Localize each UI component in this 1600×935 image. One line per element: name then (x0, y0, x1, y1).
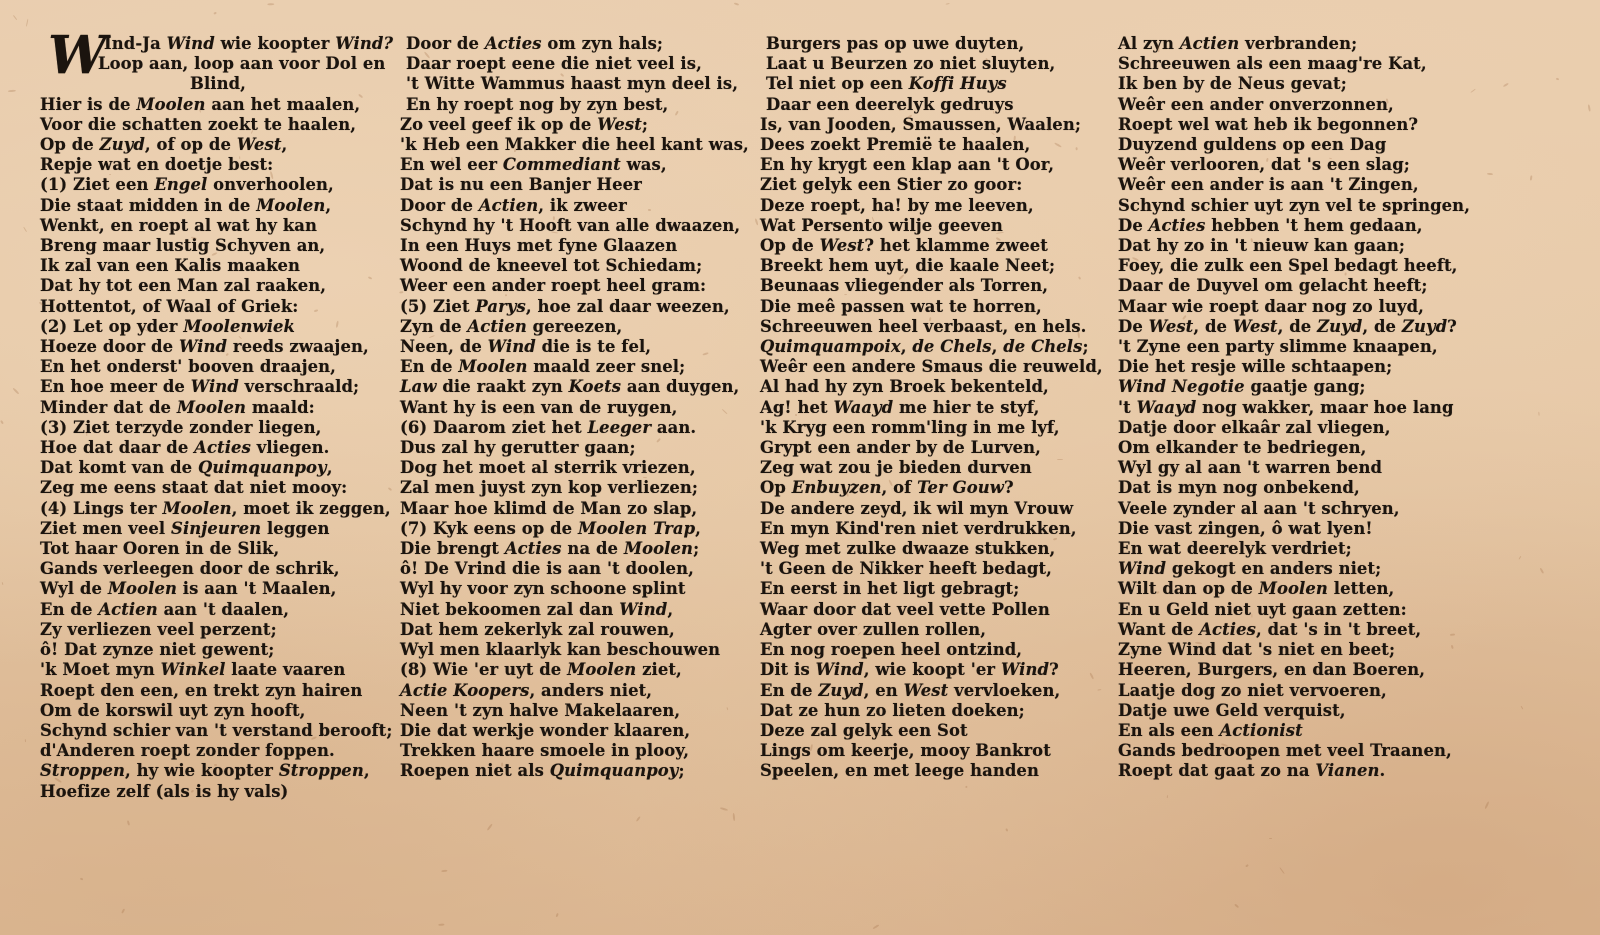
line-text: Op de (40, 135, 100, 154)
line-text: Laat u Beurzen zo niet sluyten, (766, 54, 1055, 73)
line-text: Laatje dog zo niet vervoeren, (1118, 681, 1387, 700)
italic-word: Moolen (256, 196, 325, 215)
poem-line: Duyzend guldens op een Dag (1118, 135, 1478, 155)
italic-word: de Chels (1003, 337, 1082, 356)
italic-word: Actien (1180, 34, 1239, 53)
line-text: gaatje gang; (1245, 377, 1366, 396)
poem-line: Dit is Wind, wie koopt 'er Wind? (760, 660, 1110, 680)
poem-line: Tel niet op een Koffi Huys (760, 74, 1110, 94)
line-text: na de (562, 539, 624, 558)
poem-line: Neen 't zyn halve Makelaaren, (400, 701, 750, 721)
poem-line: Dat hy zo in 't nieuw kan gaan; (1118, 236, 1478, 256)
line-text: , (901, 337, 913, 356)
line-text: , (695, 519, 701, 538)
poem-line: Burgers pas op uwe duyten, (760, 34, 1110, 54)
line-text: vervloeken, (948, 681, 1060, 700)
line-text: Wenkt, en roept al wat hy kan (40, 216, 317, 235)
poem-line: Laat u Beurzen zo niet sluyten, (760, 54, 1110, 74)
line-text: Dat ze hun zo lieten doeken; (760, 701, 1025, 720)
line-text: Is, van Jooden, Smaussen, Waalen; (760, 115, 1081, 134)
line-text: Daar een deerelyk gedruys (766, 95, 1014, 114)
line-text: En het onderst' booven draajen, (40, 357, 336, 376)
paper-fiber (1233, 904, 1239, 909)
poem-line: 'k Kryg een romm'ling in me lyf, (760, 418, 1110, 438)
poem-line: Schynd hy 't Hooft van alle dwaazen, (400, 216, 750, 236)
poem-line: Roept wel wat heb ik begonnen? (1118, 115, 1478, 135)
poem-line: Hier is de Moolen aan het maalen, (40, 95, 390, 115)
poem-line: Al zyn Actien verbranden; (1118, 34, 1478, 54)
line-text: Zeg wat zou je bieden durven (760, 458, 1032, 477)
poem-line: Weêr een andere Smaus die reuweld, (760, 357, 1110, 377)
poem-line: Tot haar Ooren in de Slik, (40, 539, 390, 559)
poem-line: Maar wie roept daar nog zo luyd, (1118, 297, 1478, 317)
paper-fiber (1005, 828, 1008, 832)
poem-line: Wyl gy al aan 't warren bend (1118, 458, 1478, 478)
line-text: ; (1082, 337, 1088, 356)
line-text: Hottentot, of Waal of Griek: (40, 297, 298, 316)
line-text: 'k Moet myn (40, 660, 161, 679)
line-text: Wat Persento wilje geeven (760, 216, 1003, 235)
poem-line: Wyl de Moolen is aan 't Maalen, (40, 579, 390, 599)
poem-line: Grypt een ander by de Lurven, (760, 438, 1110, 458)
line-text: En u Geld niet uyt gaan zetten: (1118, 600, 1407, 619)
italic-word: Zuyd (1317, 317, 1362, 336)
poem-line: Deze roept, ha! by me leeven, (760, 196, 1110, 216)
line-text: ? (1004, 478, 1014, 497)
line-text: reeds zwaajen, (227, 337, 369, 356)
italic-word: West (597, 115, 642, 134)
line-text: Wyl de (40, 579, 108, 598)
paper-fiber (1246, 864, 1249, 867)
poem-line: (3) Ziet terzyde zonder liegen, (40, 418, 390, 438)
line-text: , (667, 600, 673, 619)
line-text: Lings om keerje, mooy Bankrot (760, 741, 1051, 760)
line-text: 't Witte Wammus haast myn deel is, (406, 74, 738, 93)
line-text: Datje uwe Geld verquist, (1118, 701, 1346, 720)
poem-line: Die dat werkje wonder klaaren, (400, 721, 750, 741)
poem-line: Wat Persento wilje geeven (760, 216, 1110, 236)
line-text: En myn Kind'ren niet verdrukken, (760, 519, 1077, 538)
line-text: Al had hy zyn Broek bekenteld, (760, 377, 1049, 396)
poem-line: Foey, die zulk een Spel bedagt heeft, (1118, 256, 1478, 276)
italic-word: de Chels (912, 337, 991, 356)
poem-line: Maar hoe klimd de Man zo slap, (400, 499, 750, 519)
poem-line: Schreeuwen heel verbaast, en hels. (760, 317, 1110, 337)
poem-line: Agter over zullen rollen, (760, 620, 1110, 640)
line-text: Duyzend guldens op een Dag (1118, 135, 1386, 154)
line-text: (1) Ziet een (40, 175, 154, 194)
line-text: ô! De Vrind die is aan 't doolen, (400, 559, 694, 578)
line-text: gereezen, (527, 317, 622, 336)
poem-line: 't Witte Wammus haast myn deel is, (400, 74, 750, 94)
poem-line: Die het resje wille schtaapen; (1118, 357, 1478, 377)
poem-line: Om elkander te bedriegen, (1118, 438, 1478, 458)
poem-line: En nog roepen heel ontzind, (760, 640, 1110, 660)
poem-line: Deze zal gelyk een Sot (760, 721, 1110, 741)
line-text: Loop aan, loop aan voor Dol en (98, 54, 385, 73)
italic-word: Moolen (177, 398, 246, 417)
line-text: aan 't daalen, (158, 600, 289, 619)
line-text: die raakt zyn (437, 377, 569, 396)
line-text: Die brengt (400, 539, 505, 558)
drop-cap: W (48, 30, 107, 82)
line-text: 'k Heb een Makker die heel kant was, (400, 135, 749, 154)
paper-fiber (267, 3, 274, 5)
poem-line: Quimquampoix, de Chels, de Chels; (760, 337, 1110, 357)
line-text: Schynd schier uyt zyn vel te springen, (1118, 196, 1470, 215)
poem-line: Zeg wat zou je bieden durven (760, 458, 1110, 478)
line-text: Door de (400, 196, 479, 215)
paper-fiber (945, 3, 949, 5)
line-text: Daar de Duyvel om gelacht heeft; (1118, 276, 1427, 295)
line-text: Zy verliezen veel perzent; (40, 620, 277, 639)
line-text: En hoe meer de (40, 377, 191, 396)
poem-line: Daar een deerelyk gedruys (760, 95, 1110, 115)
italic-word: Winkel (161, 660, 226, 679)
poem-line: Zal men juyst zyn kop verliezen; (400, 478, 750, 498)
paper-fiber (13, 387, 20, 394)
line-text: Ik zal van een Kalis maaken (40, 256, 300, 275)
italic-word: Zuyd (100, 135, 145, 154)
paper-fiber (501, 762, 503, 767)
paper-fiber (22, 227, 26, 233)
poem-line: Door de Actien, ik zweer (400, 196, 750, 216)
line-text: , en (864, 681, 904, 700)
line-text: Dat is myn nog onbekend, (1118, 478, 1360, 497)
line-text: Al zyn (1118, 34, 1180, 53)
line-text: 't (1118, 398, 1137, 417)
italic-word: West (904, 681, 949, 700)
poem-line: De Acties hebben 't hem gedaan, (1118, 216, 1478, 236)
italic-word: Zuyd (1402, 317, 1447, 336)
poem-line: Wind gekogt en anders niet; (1118, 559, 1478, 579)
line-text: , de (1278, 317, 1318, 336)
line-text: Zal men juyst zyn kop verliezen; (400, 478, 698, 497)
paper-fiber (438, 924, 444, 926)
poem-line: Dat is nu een Banjer Heer (400, 175, 750, 195)
poem-line: Is, van Jooden, Smaussen, Waalen; (760, 115, 1110, 135)
line-text: Op de (760, 236, 820, 255)
italic-word: Moolen (162, 499, 231, 518)
poem-line: Datje uwe Geld verquist, (1118, 701, 1478, 721)
poem-line: En hy krygt een klap aan 't Oor, (760, 155, 1110, 175)
italic-word: West (820, 236, 865, 255)
line-text: om zyn hals; (542, 34, 664, 53)
poem-line: Dat komt van de Quimquanpoy, (40, 458, 390, 478)
italic-word: Actien (479, 196, 538, 215)
line-text: , moet ik zeggen, (232, 499, 391, 518)
line-text: Heeren, Burgers, en dan Boeren, (1118, 660, 1425, 679)
italic-word: Actien (467, 317, 526, 336)
poem-line: En de Moolen maald zeer snel; (400, 357, 750, 377)
poem-line: Veele zynder al aan 't schryen, (1118, 499, 1478, 519)
line-text: , ik zweer (538, 196, 627, 215)
line-text: Om elkander te bedriegen, (1118, 438, 1366, 457)
poem-line: Waar door dat veel vette Pollen (760, 600, 1110, 620)
line-text: 't Zyne een party slimme knaapen, (1118, 337, 1438, 356)
line-text: , hoe zal daar weezen, (526, 297, 730, 316)
poem-line: 't Waayd nog wakker, maar hoe lang (1118, 398, 1478, 418)
poem-line: Woond de kneevel tot Schiedam; (400, 256, 750, 276)
line-text: , (325, 196, 331, 215)
paper-fiber (441, 869, 448, 872)
italic-word: Moolen (458, 357, 527, 376)
paper-fiber (1487, 172, 1493, 175)
line-text: Zeg me eens staat dat niet mooy: (40, 478, 347, 497)
italic-word: Moolen (108, 579, 177, 598)
paper-fiber (1521, 706, 1524, 710)
paper-fiber (635, 815, 640, 821)
line-text: Weêr verlooren, dat 's een slag; (1118, 155, 1410, 174)
poem-line: Ik ben by de Neus gevat; (1118, 74, 1478, 94)
poem-line: Daar roept eene die niet veel is, (400, 54, 750, 74)
line-text: Zyn de (400, 317, 467, 336)
line-text: verbranden; (1239, 34, 1357, 53)
paper-fiber (127, 820, 130, 825)
line-text: Wyl men klaarlyk kan beschouwen (400, 640, 720, 659)
line-text: Roept den een, en trekt zyn hairen (40, 681, 362, 700)
poem-line: ô! De Vrind die is aan 't doolen, (400, 559, 750, 579)
poem-line: Wind Negotie gaatje gang; (1118, 377, 1478, 397)
poem-line: Ziet men veel Sinjeuren leggen (40, 519, 390, 539)
poem-line: Schynd schier uyt zyn vel te springen, (1118, 196, 1478, 216)
line-text: Weêr een ander onverzonnen, (1118, 95, 1394, 114)
poem-line: Dat hy tot een Man zal raaken, (40, 276, 390, 296)
line-text: Voor die schatten zoekt te haalen, (40, 115, 356, 134)
line-text: Schreeuwen heel verbaast, en hels. (760, 317, 1086, 336)
paper-fiber (1269, 838, 1272, 840)
poem-line: En hoe meer de Wind verschraald; (40, 377, 390, 397)
paper-fiber (1503, 82, 1509, 87)
poem-line: Op Enbuyzen, of Ter Gouw? (760, 478, 1110, 498)
italic-word: Acties (194, 438, 251, 457)
line-text: 'k Kryg een romm'ling in me lyf, (760, 418, 1060, 437)
poem-line: 't Geen de Nikker heeft bedagt, (760, 559, 1110, 579)
poem-line: Hottentot, of Waal of Griek: (40, 297, 390, 317)
line-text: Weer een ander roept heel gram: (400, 276, 706, 295)
poem-line: Op de West? het klamme zweet (760, 236, 1110, 256)
poem-line: Zyne Wind dat 's niet en beet; (1118, 640, 1478, 660)
poem-line: Schynd schier van 't verstand berooft; (40, 721, 390, 741)
poem-line: In een Huys met fyne Glaazen (400, 236, 750, 256)
italic-word: Engel (154, 175, 207, 194)
line-text: Maar hoe klimd de Man zo slap, (400, 499, 697, 518)
line-text: Roept wel wat heb ik begonnen? (1118, 115, 1418, 134)
poem-line: Weer een ander roept heel gram: (400, 276, 750, 296)
poem-line: Niet bekoomen zal dan Wind, (400, 600, 750, 620)
line-text: , dat 's in 't breet, (1256, 620, 1421, 639)
paper-fiber (80, 878, 84, 881)
line-text: Zyne Wind dat 's niet en beet; (1118, 640, 1395, 659)
broadside-page: W Ind-Ja Wind wie koopter Wind?Loop aan,… (0, 0, 1600, 935)
poem-line: Neen, de Wind die is te fel, (400, 337, 750, 357)
italic-word: Ter Gouw (917, 478, 1004, 497)
line-text: Roept dat gaat zo na (1118, 761, 1315, 780)
line-text: Neen 't zyn halve Makelaaren, (400, 701, 680, 720)
poem-line: Gands verleegen door de schrik, (40, 559, 390, 579)
paper-fiber (1166, 795, 1167, 798)
italic-word: Law (400, 377, 437, 396)
line-text: En als een (1118, 721, 1219, 740)
line-text: Ziet men veel (40, 519, 171, 538)
poem-line: Hoefize zelf (als is hy vals) (40, 782, 390, 802)
poem-line: Dog het moet al sterrik vriezen, (400, 458, 750, 478)
italic-word: Sinjeuren (171, 519, 261, 538)
poem-line: Die vast zingen, ô wat lyen! (1118, 519, 1478, 539)
paper-fiber (1540, 567, 1544, 573)
paper-fiber (555, 913, 559, 918)
line-text: , (282, 135, 288, 154)
line-text: ; (642, 115, 648, 134)
line-text: Maar wie roept daar nog zo luyd, (1118, 297, 1424, 316)
paper-fiber (214, 11, 217, 14)
line-text: leggen (261, 519, 329, 538)
italic-word: West (237, 135, 282, 154)
poem-line: (1) Ziet een Engel onverhoolen, (40, 175, 390, 195)
italic-word: Acties (1199, 620, 1256, 639)
italic-word: Zuyd (818, 681, 863, 700)
line-text: Om de korswil uyt zyn hooft, (40, 701, 305, 720)
line-text: Dat is nu een Banjer Heer (400, 175, 642, 194)
poem-line: Repje wat en doetje best: (40, 155, 390, 175)
line-text: En eerst in het ligt gebragt; (760, 579, 1019, 598)
italic-word: Actien (98, 600, 157, 619)
italic-word: Wind (1001, 660, 1049, 679)
line-text: Burgers pas op uwe duyten, (766, 34, 1024, 53)
line-text: De (1118, 317, 1149, 336)
line-text: Hoeze door de (40, 337, 179, 356)
poem-line: Zeg me eens staat dat niet mooy: (40, 478, 390, 498)
poem-line: Beunaas vliegender als Torren, (760, 276, 1110, 296)
line-text: Tel niet op een (766, 74, 909, 93)
line-text: Zo veel geef ik op de (400, 115, 597, 134)
line-text: Grypt een ander by de Lurven, (760, 438, 1041, 457)
paper-fiber (25, 18, 28, 26)
poem-line: d'Anderen roept zonder foppen. (40, 741, 390, 761)
line-text: Foey, die zulk een Spel bedagt heeft, (1118, 256, 1457, 275)
paper-fiber (1519, 556, 1522, 560)
line-text: Dat komt van de (40, 458, 198, 477)
line-text: Datje door elkaâr zal vliegen, (1118, 418, 1391, 437)
poem-line: Weêr een ander is aan 't Zingen, (1118, 175, 1478, 195)
line-text: Weêr een andere Smaus die reuweld, (760, 357, 1103, 376)
line-text: , of op de (145, 135, 237, 154)
line-text: Die het resje wille schtaapen; (1118, 357, 1392, 376)
line-text: Ziet gelyk een Stier zo goor: (760, 175, 1022, 194)
line-text: onverhoolen, (207, 175, 334, 194)
paper-fiber (486, 823, 492, 830)
line-text: Die vast zingen, ô wat lyen! (1118, 519, 1373, 538)
line-text: ? het klamme zweet (864, 236, 1048, 255)
poem-line: 'k Heb een Makker die heel kant was, (400, 135, 750, 155)
line-text: Dat hy zo in 't nieuw kan gaan; (1118, 236, 1405, 255)
poem-line: Wilt dan op de Moolen letten, (1118, 579, 1478, 599)
poem-line: Die meê passen wat te horren, (760, 297, 1110, 317)
poem-line: Wyl men klaarlyk kan beschouwen (400, 640, 750, 660)
line-text: maald zeer snel; (528, 357, 686, 376)
line-text: (6) Daarom ziet het (400, 418, 588, 437)
italic-word: Vianen (1315, 761, 1379, 780)
line-text: (4) Lings ter (40, 499, 162, 518)
line-text: Trekken haare smoele in plooy, (400, 741, 689, 760)
poem-line: Laatje dog zo niet vervoeren, (1118, 681, 1478, 701)
line-text: aan. (651, 418, 696, 437)
paper-fiber (8, 89, 16, 92)
poem-line: Heeren, Burgers, en dan Boeren, (1118, 660, 1478, 680)
paper-fiber (1279, 867, 1285, 874)
line-text: laate vaaren (225, 660, 345, 679)
line-text: was, (621, 155, 667, 174)
line-text: Deze zal gelyk een Sot (760, 721, 968, 740)
line-text: , hy wie koopter (125, 761, 279, 780)
line-text: Want de (1118, 620, 1199, 639)
italic-word: Wind (488, 337, 536, 356)
line-text: De andere zeyd, ik wil myn Vrouw (760, 499, 1073, 518)
line-text: Dog het moet al sterrik vriezen, (400, 458, 696, 477)
line-text: Dees zoekt Premië te haalen, (760, 135, 1030, 154)
poem-line: Door de Acties om zyn hals; (400, 34, 750, 54)
poem-line: Actie Koopers, anders niet, (400, 681, 750, 701)
line-text: die is te fel, (536, 337, 651, 356)
line-text: 't Geen de Nikker heeft bedagt, (760, 559, 1052, 578)
poem-line: Weêr verlooren, dat 's een slag; (1118, 155, 1478, 175)
paper-fiber (648, 209, 651, 211)
poem-line: Zo veel geef ik op de West; (400, 115, 750, 135)
line-text: Beunaas vliegender als Torren, (760, 276, 1048, 295)
line-text: En de (40, 600, 98, 619)
italic-word: Stroppen (279, 761, 364, 780)
line-text: Woond de kneevel tot Schiedam; (400, 256, 702, 275)
paper-fiber (733, 813, 736, 821)
line-text: Roepen niet als (400, 761, 550, 780)
line-text: Hoe dat daar de (40, 438, 194, 457)
italic-word: Wind Negotie (1118, 377, 1245, 396)
italic-word: Koets (569, 377, 622, 396)
poem-line: Law die raakt zyn Koets aan duygen, (400, 377, 750, 397)
line-text: ; (693, 539, 699, 558)
line-text: Wyl hy voor zyn schoone splint (400, 579, 686, 598)
poem-line: En hy roept nog by zyn best, (400, 95, 750, 115)
italic-word: Actie Koopers (400, 681, 529, 700)
poem-line: En u Geld niet uyt gaan zetten: (1118, 600, 1478, 620)
italic-word: Parys (475, 297, 525, 316)
poem-line: Schreeuwen als een maag're Kat, (1118, 54, 1478, 74)
italic-word: Quimquanpoy (550, 761, 679, 780)
italic-word: Moolen (624, 539, 693, 558)
italic-word: Wind (191, 377, 239, 396)
line-text: En hy krygt een klap aan 't Oor, (760, 155, 1054, 174)
line-text: nog wakker, maar hoe lang (1196, 398, 1453, 417)
line-text: aan duygen, (621, 377, 739, 396)
paper-fiber (1251, 613, 1252, 617)
poem-line: Weg met zulke dwaaze stukken, (760, 539, 1110, 559)
poem-line: Ziet gelyk een Stier zo goor: (760, 175, 1110, 195)
italic-word: Stroppen (40, 761, 125, 780)
poem-line: ô! Dat zynze niet gewent; (40, 640, 390, 660)
italic-word: Enbuyzen (792, 478, 882, 497)
poem-line: Roept den een, en trekt zyn hairen (40, 681, 390, 701)
line-text: Dat hy tot een Man zal raaken, (40, 276, 326, 295)
poem-line: Om de korswil uyt zyn hooft, (40, 701, 390, 721)
paper-fiber (13, 15, 18, 20)
line-text: Veele zynder al aan 't schryen, (1118, 499, 1400, 518)
poem-line: Al had hy zyn Broek bekenteld, (760, 377, 1110, 397)
line-text: Gands bedroopen met veel Traanen, (1118, 741, 1452, 760)
line-text: Door de (406, 34, 485, 53)
italic-word: Waayd (1137, 398, 1197, 417)
poem-line: Roept dat gaat zo na Vianen. (1118, 761, 1478, 781)
poem-line: (5) Ziet Parys, hoe zal daar weezen, (400, 297, 750, 317)
